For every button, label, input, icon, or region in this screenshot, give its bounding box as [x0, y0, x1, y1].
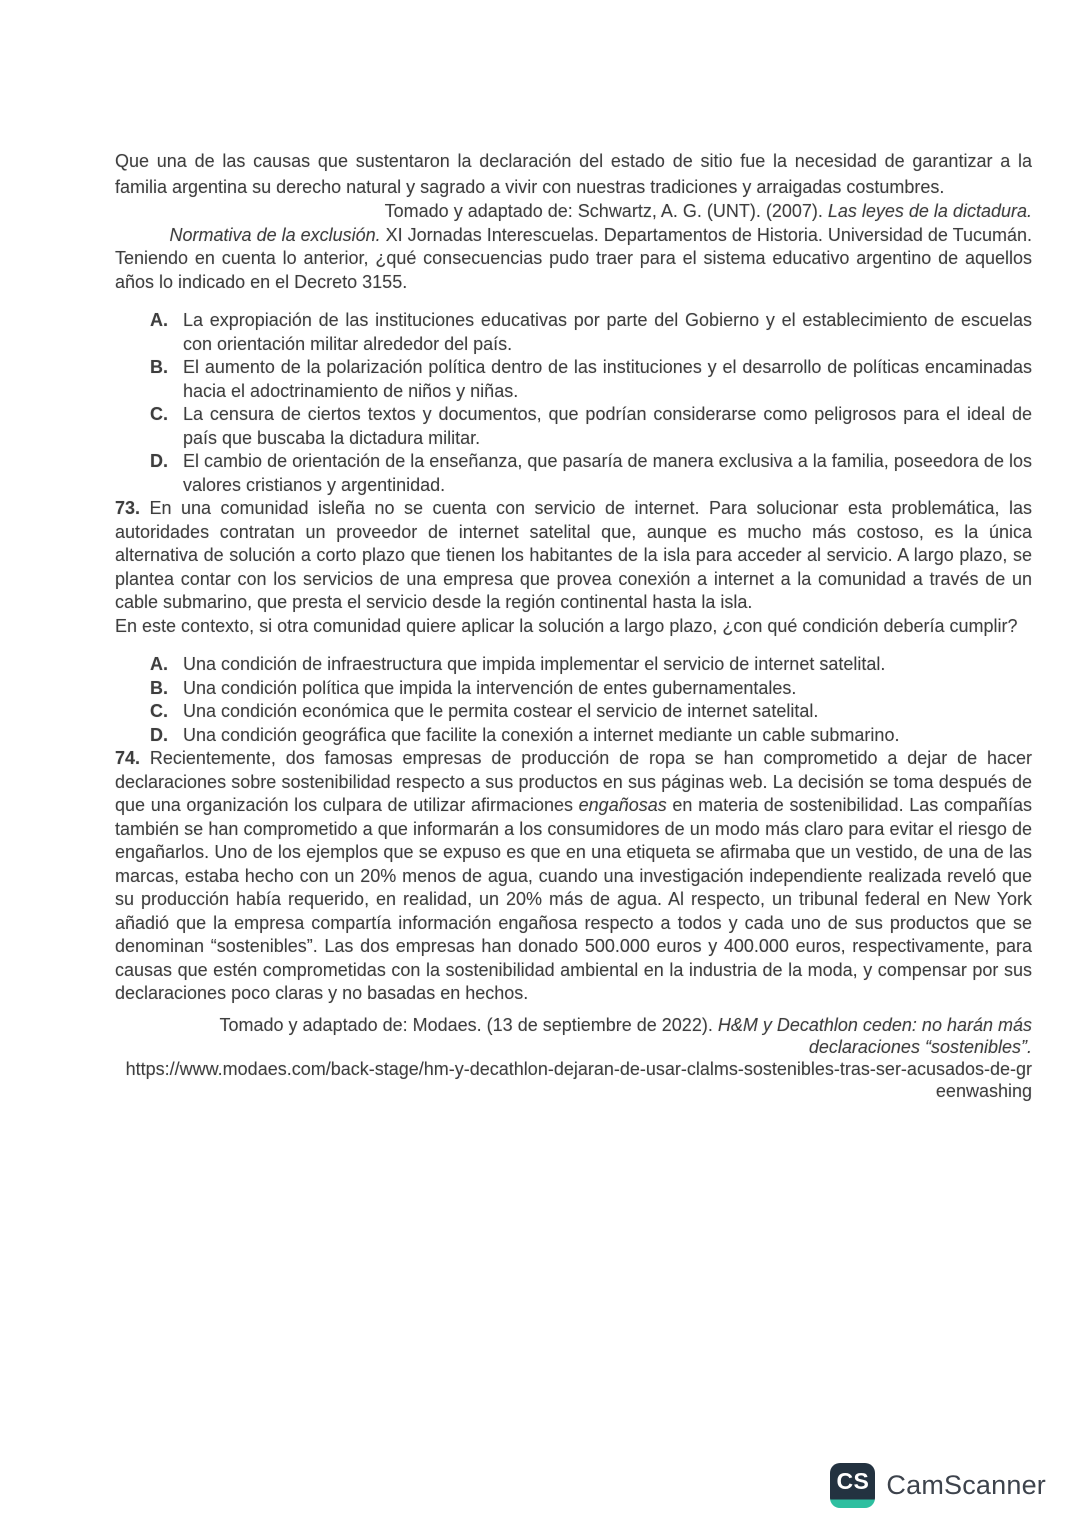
option-row: C. La censura de ciertos textos y docume…	[150, 403, 1032, 450]
option-text: Una condición económica que le permita c…	[183, 700, 1032, 724]
option-marker: D.	[150, 724, 183, 748]
option-text: Una condición de infraestructura que imp…	[183, 653, 1032, 677]
option-row: C. Una condición económica que le permit…	[150, 700, 1032, 724]
source-attribution-url: https://www.modaes.com/back-stage/hm-y-d…	[115, 1058, 1032, 1080]
page-content: Que una de las causas que sustentaron la…	[115, 148, 1032, 1102]
option-text: La censura de ciertos textos y documento…	[183, 403, 1032, 450]
question-73-options: A. Una condición de infraestructura que …	[115, 653, 1032, 747]
source-attribution-line: Normativa de la exclusión. XI Jornadas I…	[115, 224, 1032, 248]
option-text: El cambio de orientación de la enseñanza…	[183, 450, 1032, 497]
option-row: A. Una condición de infraestructura que …	[150, 653, 1032, 677]
option-text: La expropiación de las instituciones edu…	[183, 309, 1032, 356]
document-page: Que una de las causas que sustentaron la…	[0, 0, 1080, 1528]
option-text: El aumento de la polarización política d…	[183, 356, 1032, 403]
option-text: Una condición política que impida la int…	[183, 677, 1032, 701]
camscanner-label: CamScanner	[886, 1470, 1046, 1501]
option-marker: B.	[150, 677, 183, 701]
option-marker: C.	[150, 700, 183, 724]
question-prompt: Teniendo en cuenta lo anterior, ¿qué con…	[115, 247, 1032, 294]
question-73-body: 73. En una comunidad isleña no se cuenta…	[115, 497, 1032, 615]
question-74-body: 74. Recientemente, dos famosas empresas …	[115, 747, 1032, 1006]
option-row: D. El cambio de orientación de la enseña…	[150, 450, 1032, 497]
option-marker: D.	[150, 450, 183, 497]
question-73-prompt: En este contexto, si otra comunidad quie…	[115, 615, 1032, 639]
option-row: B. Una condición política que impida la …	[150, 677, 1032, 701]
source-attribution-line: declaraciones “sostenibles”.	[115, 1036, 1032, 1058]
option-marker: A.	[150, 653, 183, 677]
quote-paragraph: Que una de las causas que sustentaron la…	[115, 148, 1032, 200]
source-attribution-line: Tomado y adaptado de: Schwartz, A. G. (U…	[115, 200, 1032, 224]
source-attribution-url: eenwashing	[115, 1080, 1032, 1102]
source-attribution-line: Tomado y adaptado de: Modaes. (13 de sep…	[115, 1014, 1032, 1036]
option-marker: B.	[150, 356, 183, 403]
camscanner-logo: CS CamScanner	[830, 1463, 1046, 1508]
option-marker: A.	[150, 309, 183, 356]
option-row: D. Una condición geográfica que facilite…	[150, 724, 1032, 748]
option-text: Una condición geográfica que facilite la…	[183, 724, 1032, 748]
option-marker: C.	[150, 403, 183, 450]
option-row: B. El aumento de la polarización polític…	[150, 356, 1032, 403]
option-row: A. La expropiación de las instituciones …	[150, 309, 1032, 356]
question-options: A. La expropiación de las instituciones …	[115, 309, 1032, 497]
camscanner-icon: CS	[830, 1463, 875, 1508]
source-attribution-block: Tomado y adaptado de: Modaes. (13 de sep…	[115, 1014, 1032, 1102]
